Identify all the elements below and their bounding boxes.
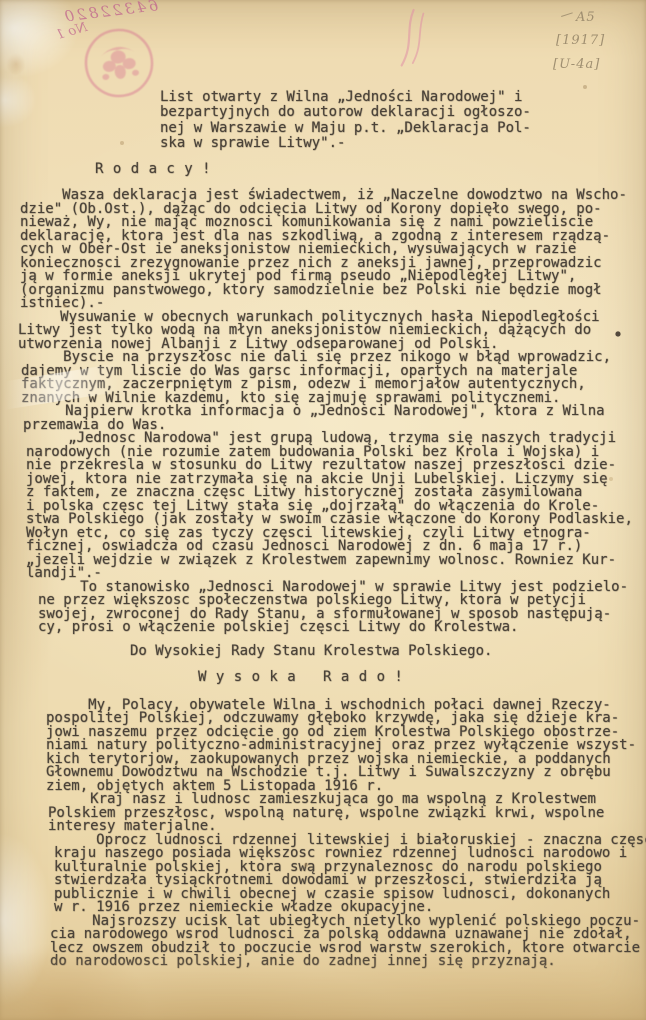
salutation-rodacy: R o d a c y !	[95, 163, 211, 177]
petition-heading: Do Wysokiej Rady Stanu Krolestwa Polskie…	[130, 645, 646, 659]
paragraph-stanowisko: To stanowisko „Jednosci Narodowej" w spr…	[38, 581, 646, 635]
pencil-year-mark: [1917]	[556, 33, 605, 48]
document-page: 64322820 No 1 A5 [1917] [U-4a] List otwa…	[0, 0, 646, 1020]
paper-specks	[0, 0, 2, 2]
petition-paragraph-oppression: Najsrozszy ucisk lat ubiegłych nietylko …	[50, 915, 646, 969]
pink-pencil-scribble-icon	[390, 5, 436, 75]
petition-paragraph-common-ties: Kraj nasz i ludnosc zamieszkująca go ma …	[48, 793, 646, 834]
petition-paragraph-population: Oprocz ludnosci rdzennej litewskiej i bi…	[54, 834, 646, 915]
letter-body: Wasza deklaracja jest świadectwem, iż „N…	[0, 189, 646, 969]
pencil-tick-mark	[561, 12, 575, 23]
petition-salutation: W y s o k a R a d o !	[198, 671, 646, 685]
round-ink-stamp-icon	[77, 21, 161, 105]
paragraph-jednosc-narodowa: „Jednosc Narodowa" jest grupą ludową, tr…	[26, 432, 646, 581]
paragraph-information: Byscie na przyszłosc nie dali się przez …	[21, 351, 646, 405]
paragraph-jednosc-intro: Najpierw krotka informacja o „Jednosci N…	[23, 405, 646, 432]
pencil-shelf-mark: [U-4a]	[553, 57, 600, 72]
document-title: List otwarty z Wilna „Jedności Narodowej…	[160, 90, 531, 151]
paragraph-declaration: Wasza deklaracja jest świadectwem, iż „N…	[20, 189, 646, 311]
petition-paragraph-citizens: My, Polacy, obywatele Wilna i wschodnich…	[46, 699, 646, 794]
paragraph-independence-slogan: Wysuwanie w obecnych warunkach polityczn…	[18, 311, 646, 352]
pencil-corner-mark: A5	[576, 10, 596, 25]
stamp-eagle-icon	[77, 21, 161, 105]
